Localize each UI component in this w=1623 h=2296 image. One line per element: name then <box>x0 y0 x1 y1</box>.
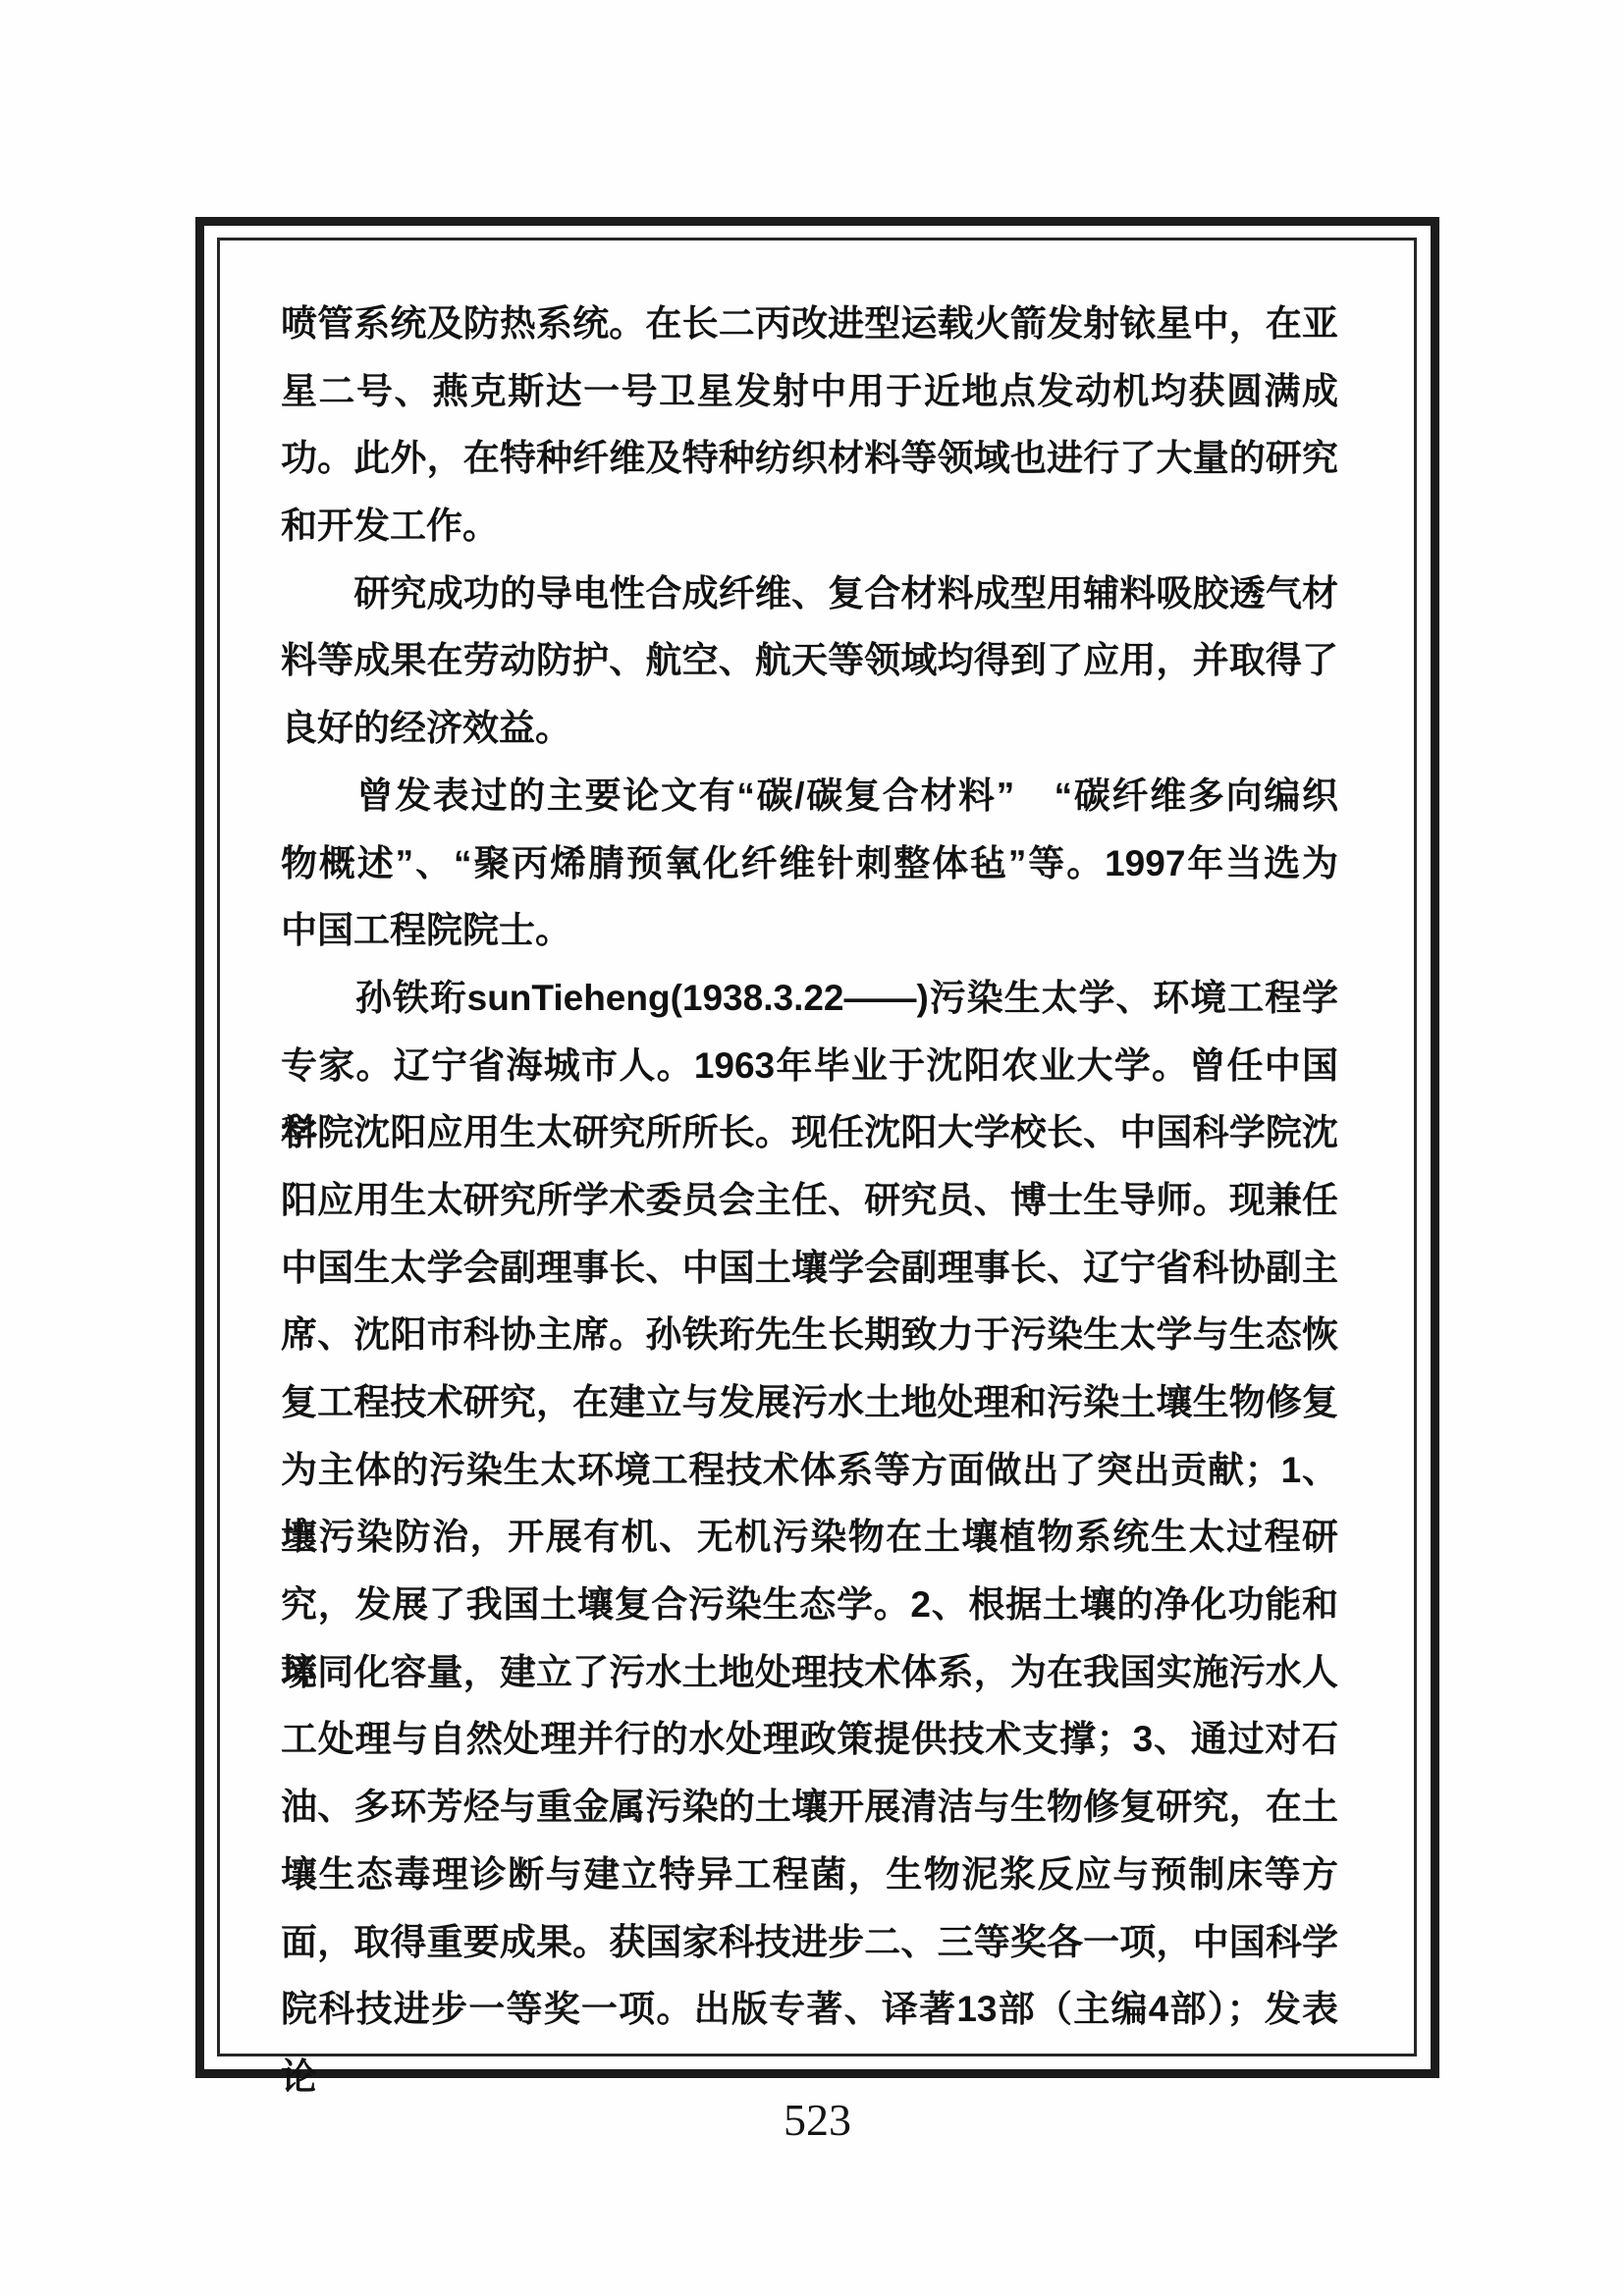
body-text: 喷管系统及防热系统。在长二丙改进型运载火箭发射铱星中，在亚 星二号、燕克斯达一号… <box>281 291 1338 2044</box>
text-line: 中国生太学会副理事长、中国土壤学会副理事长、辽宁省科协副主 <box>281 1235 1338 1303</box>
text-line: 星二号、燕克斯达一号卫星发射中用于近地点发动机均获圆满成 <box>281 358 1338 426</box>
text-line: 良好的经济效益。 <box>281 695 1338 763</box>
text-line: 壤污染防治，开展有机、无机污染物在土壤植物系统生太过程研 <box>281 1504 1338 1572</box>
text-line: 工处理与自然处理并行的水处理政策提供技术支撑；3、通过对石 <box>281 1706 1338 1774</box>
scanned-book-page: 喷管系统及防热系统。在长二丙改进型运载火箭发射铱星中，在亚 星二号、燕克斯达一号… <box>0 0 1623 2296</box>
text-line: 喷管系统及防热系统。在长二丙改进型运载火箭发射铱星中，在亚 <box>281 291 1338 358</box>
text-line: 为主体的污染生太环境工程技术体系等方面做出了突出贡献；1、土 <box>281 1437 1338 1505</box>
text-line: 中国工程院院士。 <box>281 897 1338 965</box>
text-line: 曾发表过的主要论文有“碳/碳复合材料” “碳纤维多向编织 <box>281 763 1338 830</box>
text-line: 专家。辽宁省海城市人。1963年毕业于沈阳农业大学。曾任中国科 <box>281 1033 1338 1100</box>
text-line: 研究成功的导电性合成纤维、复合材料成型用辅料吸胶透气材 <box>281 561 1338 628</box>
text-line: 面，取得重要成果。获国家科技进步二、三等奖各一项，中国科学 <box>281 1909 1338 1977</box>
page-number: 523 <box>195 2094 1439 2146</box>
text-line: 料等成果在劳动防护、航空、航天等领域均得到了应用，并取得了 <box>281 627 1338 695</box>
text-line: 院科技进步一等奖一项。出版专著、译著13部（主编4部）；发表论 <box>281 1976 1338 2044</box>
text-line: 壤生态毒理诊断与建立特异工程菌，生物泥浆反应与预制床等方 <box>281 1842 1338 1909</box>
text-line: 阳应用生太研究所学术委员会主任、研究员、博士生导师。现兼任 <box>281 1167 1338 1235</box>
text-line: 席、沈阳市科协主席。孙铁珩先生长期致力于污染生太学与生态恢 <box>281 1302 1338 1369</box>
text-line: 学院沈阳应用生太研究所所长。现任沈阳大学校长、中国科学院沈 <box>281 1099 1338 1167</box>
text-line: 油、多环芳烃与重金属污染的土壤开展清洁与生物修复研究，在土 <box>281 1774 1338 1842</box>
text-line: 复工程技术研究，在建立与发展污水土地处理和污染土壤生物修复 <box>281 1369 1338 1437</box>
text-line: 功。此外，在特种纤维及特种纺织材料等领域也进行了大量的研究 <box>281 425 1338 493</box>
text-line: 和开发工作。 <box>281 493 1338 561</box>
text-line: 孙铁珩sunTieheng(1938.3.22——)污染生太学、环境工程学 <box>281 965 1338 1033</box>
text-line: 究，发展了我国土壤复合污染生态学。2、根据土壤的净化功能和环 <box>281 1572 1338 1639</box>
text-line: 物概述”、“聚丙烯腈预氧化纤维针刺整体毡”等。1997年当选为 <box>281 830 1338 898</box>
text-line: 境同化容量，建立了污水土地处理技术体系，为在我国实施污水人 <box>281 1639 1338 1707</box>
